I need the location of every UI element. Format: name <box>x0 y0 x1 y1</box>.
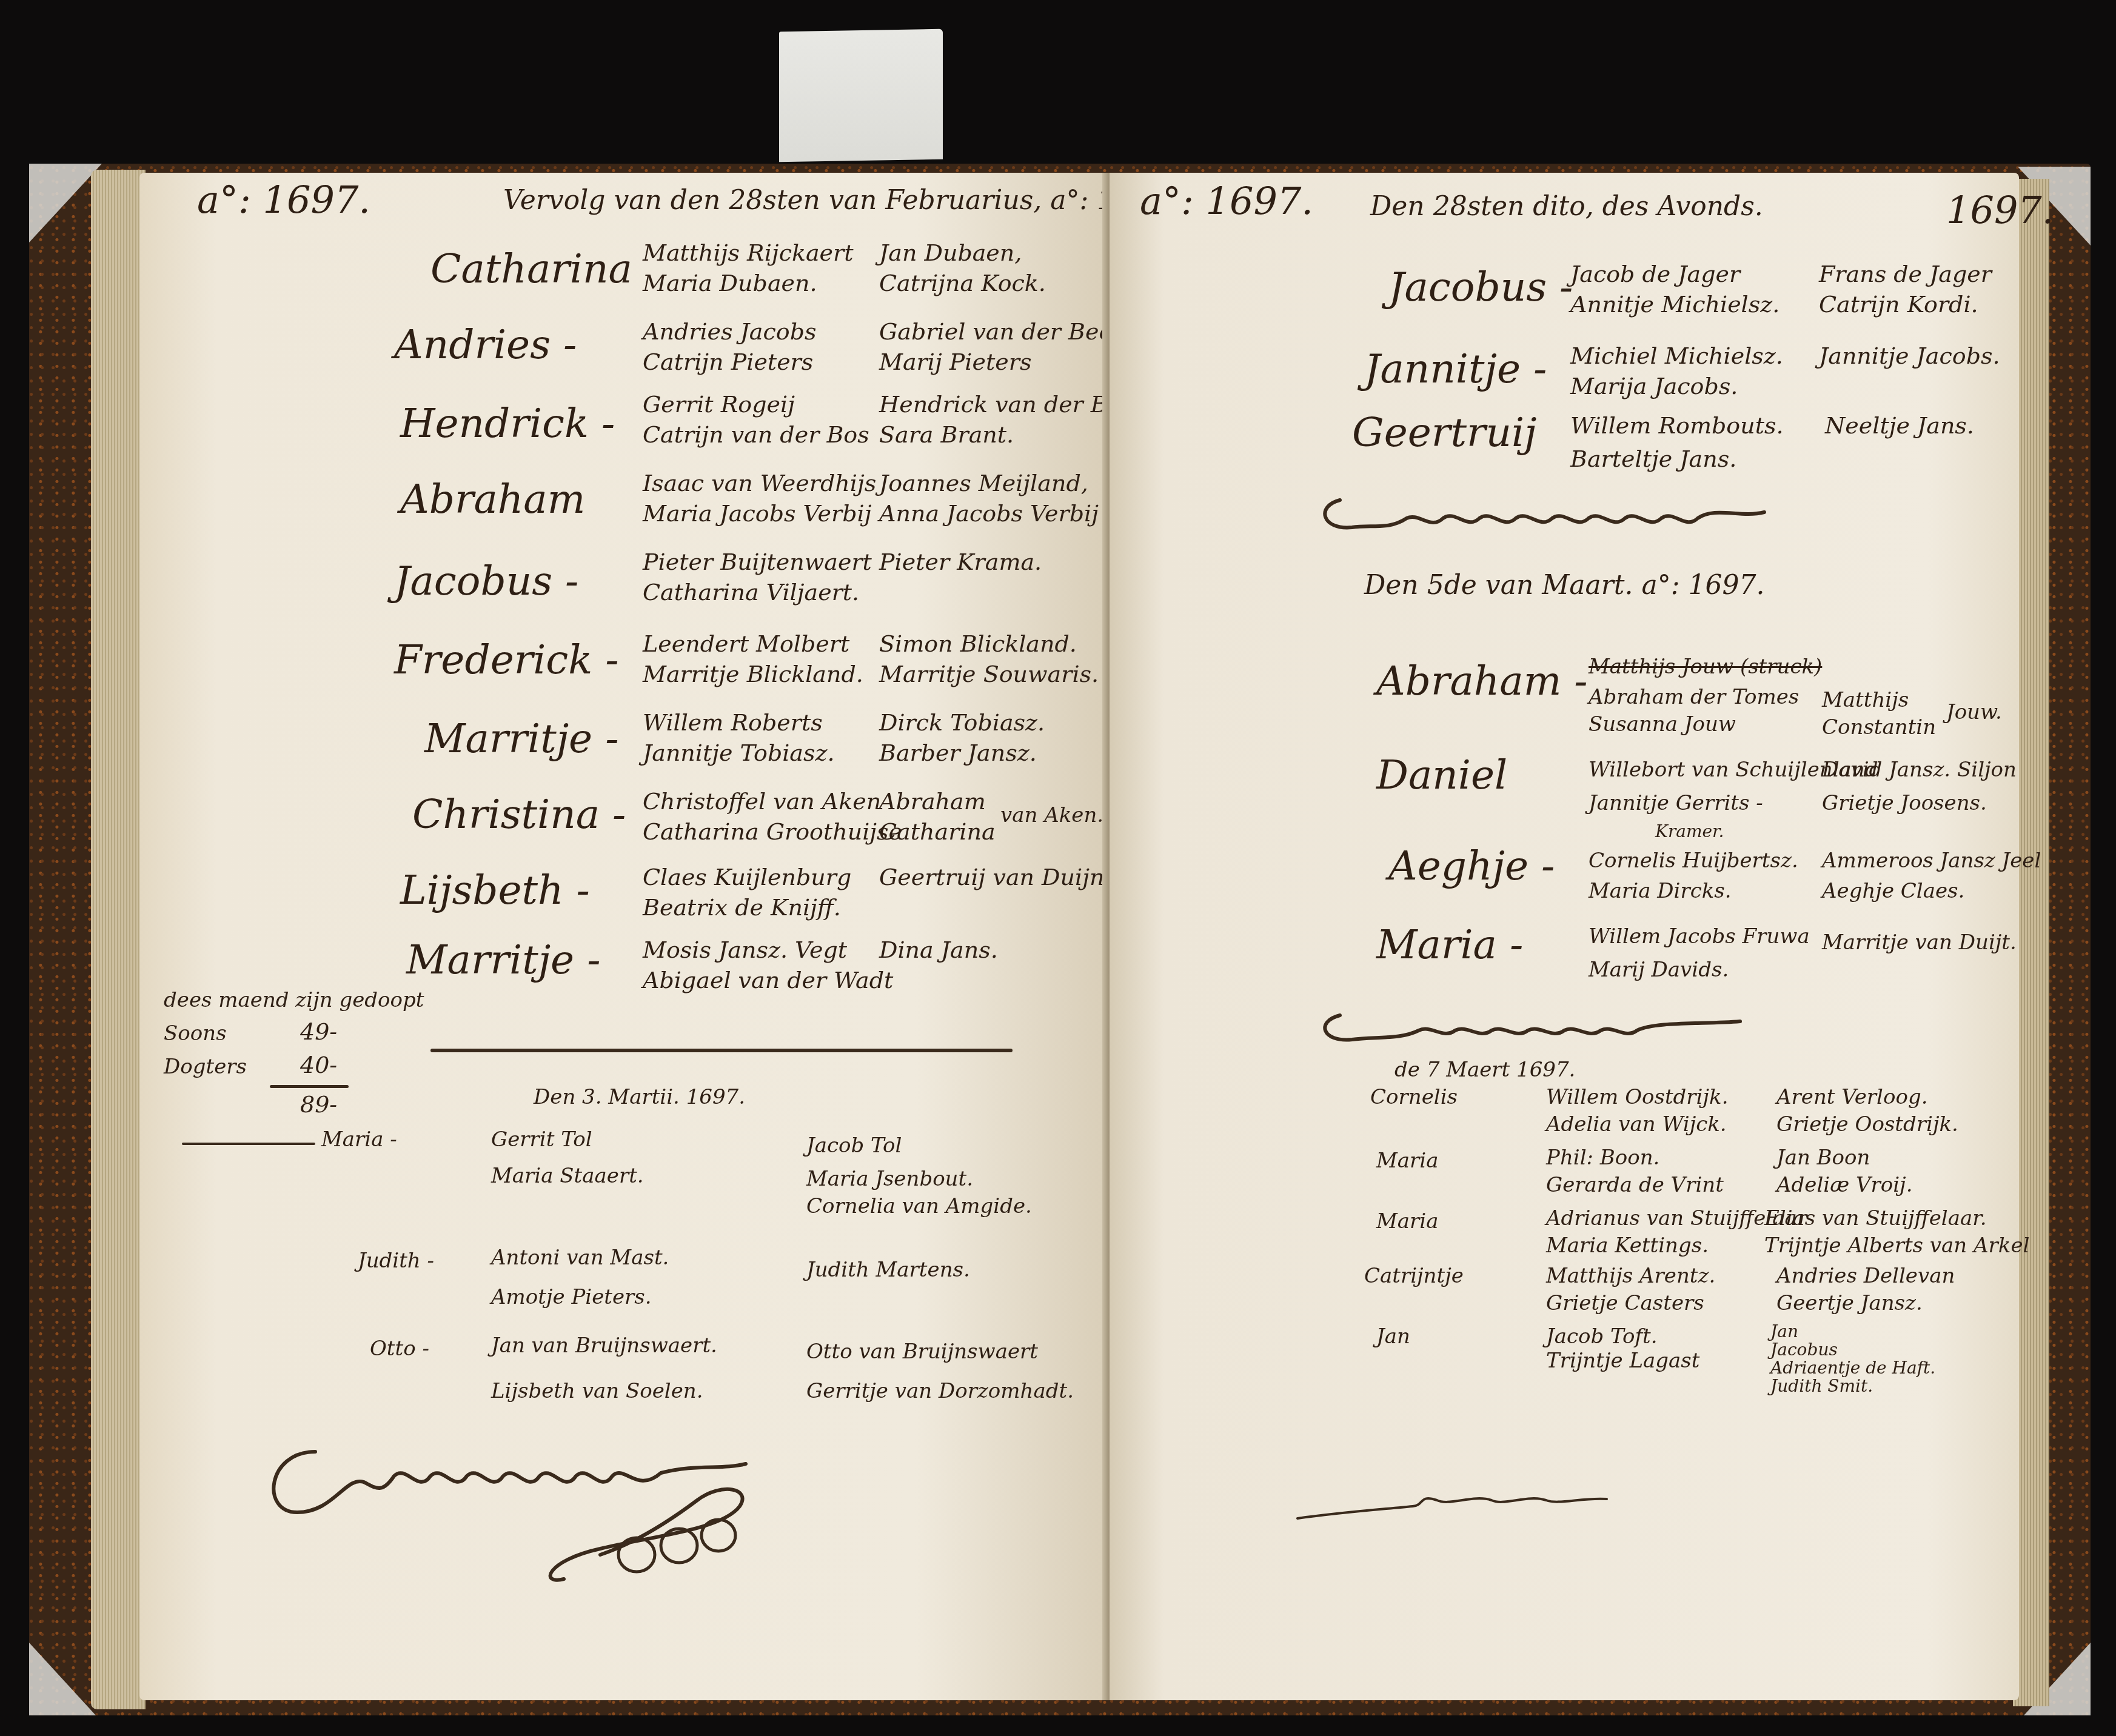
struck-parent-name: Matthijs Jouw (struck) <box>1589 655 1822 679</box>
witness-name: Jacobus <box>1770 1340 1838 1360</box>
entry-lead-line <box>182 1143 315 1145</box>
child-name: Maria <box>1376 1209 1438 1234</box>
child-name: Judith - <box>358 1249 434 1273</box>
child-name: Daniel <box>1376 752 1507 798</box>
tally-value: 49- <box>300 1018 337 1045</box>
page-year: 1697. <box>1946 188 2054 232</box>
child-name: Marritje - <box>424 715 618 762</box>
child-name: Abraham - <box>1376 658 1588 704</box>
witness-name: Geertje Jansz. <box>1776 1291 1923 1315</box>
parent-name: Amotje Pieters. <box>491 1285 652 1309</box>
parent-name: Jannitje Tobiasz. <box>643 739 835 766</box>
parent-name: Maria Jacobs Verbij <box>643 500 871 527</box>
witness-name: Judith Martens. <box>806 1258 970 1282</box>
end-flourish <box>1291 1482 1837 1531</box>
parent-name: Michiel Michielsz. <box>1570 342 1783 369</box>
tally-title: dees maend zijn gedoopt <box>164 988 424 1012</box>
parent-name: Maria Dircks. <box>1589 879 1732 903</box>
witness-name: Dirck Tobiasz. <box>879 709 1045 736</box>
parent-name: Willem Rombouts. <box>1570 412 1784 439</box>
witness-name: Maria Jsenbout. <box>806 1167 973 1191</box>
witness-name: Jan Boon <box>1776 1146 1870 1170</box>
witness-name: Simon Blickland. <box>879 630 1077 657</box>
witness-name: Otto van Bruijnswaert <box>806 1340 1038 1364</box>
parent-name: Christoffel van Aken <box>643 788 881 815</box>
parent-name: Isaac van Weerdhijs <box>643 470 876 496</box>
witness-name: Andries Dellevan <box>1776 1264 1955 1288</box>
witness-name: Marritje van Duijt. <box>1822 930 2017 955</box>
witness-name: Pieter Krama. <box>879 549 1042 575</box>
child-name: Catrijntje <box>1364 1264 1464 1288</box>
parent-name: Jannitje Gerrits - <box>1589 791 1763 815</box>
witness-name: Cornelia van Amgide. <box>806 1194 1032 1218</box>
witness-name: David Jansz. Siljon <box>1822 758 2017 782</box>
parent-name: Claes Kuijlenburg <box>643 864 851 890</box>
parent-name: Leendert Molbert <box>643 630 849 657</box>
child-name: Geertruij <box>1352 409 1537 456</box>
child-name: Otto - <box>370 1337 429 1361</box>
child-name: Jannitje - <box>1364 346 1547 392</box>
year-mark: a°: 1697. <box>197 178 370 222</box>
parent-name: Maria Dubaen. <box>643 270 817 296</box>
tally-sum-line <box>270 1085 349 1088</box>
child-name: Cornelis <box>1370 1085 1458 1109</box>
witness-name: Catharina <box>879 818 996 845</box>
tally-value: 40- <box>300 1052 337 1078</box>
child-name: Jacobus - <box>1388 264 1573 310</box>
parent-name: Barteltje Jans. <box>1570 446 1736 472</box>
witness-name: Anna Jacobs Verbij <box>879 500 1099 527</box>
witness-name: Jannitje Jacobs. <box>1819 342 2000 369</box>
end-flourish <box>261 1440 988 1597</box>
right-page: a°: 1697. Den 28sten dito, des Avonds. 1… <box>1110 173 2019 1700</box>
page-header: Den 28sten dito, des Avonds. <box>1370 191 1763 222</box>
witness-name: Neeltje Jans. <box>1825 412 1974 439</box>
tally-total: 89- <box>300 1091 337 1118</box>
section-flourish <box>1316 1009 1922 1058</box>
parent-name: Cornelis Huijbertsz. <box>1589 849 1798 873</box>
witness-name: Hendrick van der Bos <box>879 391 1133 418</box>
parent-name: Gerrit Tol <box>491 1127 592 1152</box>
child-name: Jan <box>1376 1324 1410 1349</box>
section-divider <box>430 1049 1013 1052</box>
parent-name: Abigael van der Wadt <box>643 967 893 993</box>
witness-name: Constantin <box>1822 715 1936 739</box>
witness-name: Trijntje Alberts van Arkel <box>1764 1234 2029 1258</box>
parent-name: Willem Roberts <box>643 709 823 736</box>
parent-name: Maria Staaert. <box>491 1164 644 1188</box>
parent-name: Susanna Jouw <box>1589 712 1736 736</box>
witness-name: Elias van Stuijffelaar. <box>1764 1206 1987 1230</box>
witness-name: Joannes Meijland, <box>879 470 1088 496</box>
parent-note: Kramer. <box>1655 821 1724 841</box>
witness-name: Catrijna Kock. <box>879 270 1046 296</box>
witness-name: Jacob Tol <box>806 1133 902 1158</box>
parent-name: Pieter Buijtenwaert <box>643 549 872 575</box>
parent-name: Beatrix de Knijff. <box>643 894 841 921</box>
child-name: Hendrick - <box>400 400 615 447</box>
child-name: Abraham <box>400 476 585 522</box>
parent-name: Marij Davids. <box>1589 958 1729 982</box>
parent-name: Adelia van Wijck. <box>1546 1112 1727 1137</box>
parent-name: Willem Oostdrijk. <box>1546 1085 1728 1109</box>
tally-label: Soons <box>164 1021 227 1046</box>
child-name: Maria <box>1376 1149 1438 1173</box>
parent-name: Jacob de Jager <box>1570 261 1740 287</box>
section-header: Den 3. Martii. 1697. <box>534 1085 745 1109</box>
witness-name: Judith Smit. <box>1770 1376 1873 1396</box>
witness-name: Marritje Souwaris. <box>879 661 1099 687</box>
parent-name: Antoni van Mast. <box>491 1246 669 1270</box>
parent-name: Mosis Jansz. Vegt <box>643 936 847 963</box>
parent-name: Jacob Toft. <box>1546 1324 1658 1349</box>
witness-name: Frans de Jager <box>1819 261 1992 287</box>
child-name: Frederick - <box>394 636 619 683</box>
parent-name: Phil: Boon. <box>1546 1146 1659 1170</box>
parent-name: Andries Jacobs <box>643 318 817 345</box>
witness-name: Grietje Joosens. <box>1822 791 1987 815</box>
witness-name: Aeghje Claes. <box>1822 879 1964 903</box>
witness-name: Catrijn Kordi. <box>1819 291 1978 318</box>
witness-name: Marij Pieters <box>879 349 1031 375</box>
section-header: Den 5de van Maart. a°: 1697. <box>1364 570 1764 601</box>
witness-name: Jan Dubaen, <box>879 239 1022 266</box>
parent-name: Lijsbeth van Soelen. <box>491 1379 703 1403</box>
tally-label: Dogters <box>164 1055 247 1079</box>
child-name: Marritje - <box>406 936 600 983</box>
witness-name: Matthijs <box>1822 688 1909 712</box>
parent-name: Grietje Casters <box>1546 1291 1704 1315</box>
witness-name: Sara Brant. <box>879 421 1014 448</box>
witness-name: Dina Jans. <box>879 936 998 963</box>
year-mark: a°: 1697. <box>1140 179 1313 223</box>
parent-name: Matthijs Rijckaert <box>643 239 854 266</box>
witness-name: Ammeroos Jansz Jeel <box>1822 849 2041 873</box>
child-name: Maria - <box>321 1127 397 1152</box>
witness-name: Jouw. <box>1946 700 2002 724</box>
parent-name: Catharina Viljaert. <box>643 579 859 606</box>
parent-name: Catrijn Pieters <box>643 349 813 375</box>
parent-name: Catharina Groothuijse <box>643 818 902 845</box>
child-name: Catharina <box>430 245 632 292</box>
child-name: Maria - <box>1376 921 1523 968</box>
witness-name: Jan <box>1770 1321 1798 1341</box>
left-page: a°: 1697. Vervolg van den 28sten van Feb… <box>139 173 1110 1700</box>
page-edges-left <box>91 170 146 1709</box>
paper-bookmark <box>779 29 943 162</box>
parent-name: Abraham der Tomes <box>1589 685 1799 709</box>
parent-name: Maria Kettings. <box>1546 1234 1709 1258</box>
parent-name: Annitje Michielsz. <box>1570 291 1780 318</box>
parent-name: Marija Jacobs. <box>1570 373 1738 399</box>
witness-name: Gabriel van der Beek <box>879 318 1127 345</box>
child-name: Lijsbeth - <box>400 867 590 913</box>
witness-name: Barber Jansz. <box>879 739 1037 766</box>
witness-name: Adeliæ Vroij. <box>1776 1173 1912 1197</box>
parent-name: Gerrit Rogeij <box>643 391 795 418</box>
parent-name: Matthijs Arentz. <box>1546 1264 1715 1288</box>
witness-name: Gerritje van Dorzomhadt. <box>806 1379 1074 1403</box>
page-header: Vervolg van den 28sten van Februarius, a… <box>503 185 1173 216</box>
parent-name: Catrijn van der Bos <box>643 421 869 448</box>
parent-name: Trijntje Lagast <box>1546 1349 1699 1373</box>
child-name: Andries - <box>394 321 577 368</box>
child-name: Aeghje - <box>1388 843 1555 889</box>
witness-name: Abraham <box>879 788 986 815</box>
child-name: Jacobus - <box>394 558 578 604</box>
section-header: de 7 Maert 1697. <box>1394 1058 1575 1082</box>
witness-surname: van Aken. <box>1000 803 1103 827</box>
witness-name: Geertruij van Duijn. <box>879 864 1112 890</box>
parent-name: Marritje Blickland. <box>643 661 863 687</box>
parent-name: Willem Jacobs Fruwa <box>1589 924 1810 949</box>
witness-name: Arent Verloog. <box>1776 1085 1928 1109</box>
witness-name: Adriaentje de Haft. <box>1770 1358 1935 1378</box>
parent-name: Gerarda de Vrint <box>1546 1173 1724 1197</box>
child-name: Christina - <box>412 791 626 838</box>
parent-name: Jan van Bruijnswaert. <box>491 1334 717 1358</box>
witness-name: Grietje Oostdrijk. <box>1776 1112 1958 1137</box>
section-flourish <box>1316 494 1922 549</box>
